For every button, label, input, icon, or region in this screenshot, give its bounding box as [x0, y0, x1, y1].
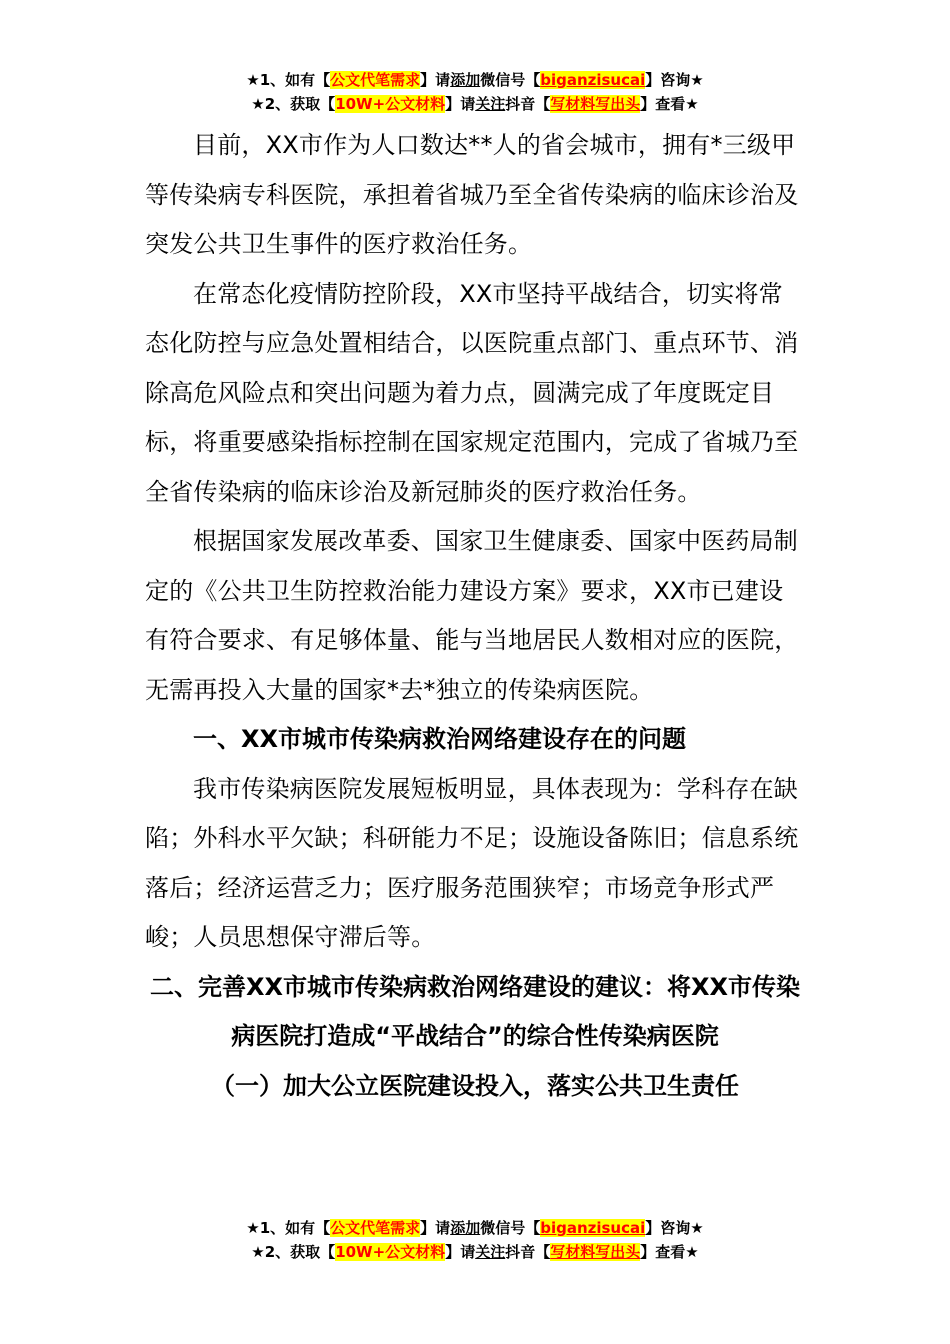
section-heading-2: 二、完善XX市城市传染病救治网络建设的建议：将XX市传染病医院打造成“平战结合”… — [145, 963, 805, 1062]
highlight-service: 公文代笔需求 — [330, 1219, 420, 1237]
document-body: 目前，XX市作为人口数达**人的省会城市，拥有*三级甲等传染病专科医院，承担着省… — [145, 121, 805, 1111]
banner-text: 】咨询★ — [645, 71, 703, 89]
banner-text: ★2、获取【 — [251, 95, 335, 113]
highlight-materials: 10W+公文材料 — [335, 95, 445, 113]
header-banner: ★1、如有【公文代笔需求】请添加微信号【biganzisucai】咨询★ ★2、… — [0, 68, 950, 116]
banner-text: 抖音【 — [505, 1243, 550, 1261]
banner-line-2: ★2、获取【10W+公文材料】请关注抖音【写材料写出头】查看★ — [0, 1240, 950, 1264]
highlight-wechat-id: biganzisucai — [540, 1219, 645, 1237]
banner-text: 】查看★ — [640, 95, 698, 113]
paragraph-1: 目前，XX市作为人口数达**人的省会城市，拥有*三级甲等传染病专科医院，承担着省… — [145, 121, 805, 270]
banner-line-2: ★2、获取【10W+公文材料】请关注抖音【写材料写出头】查看★ — [0, 92, 950, 116]
highlight-douyin-account: 写材料写出头 — [550, 95, 640, 113]
subsection-heading-1: （一）加大公立医院建设投入，落实公共卫生责任 — [145, 1062, 805, 1112]
banner-line-1: ★1、如有【公文代笔需求】请添加微信号【biganzisucai】咨询★ — [0, 68, 950, 92]
paragraph-4: 我市传染病医院发展短板明显，具体表现为：学科存在缺陷；外科水平欠缺；科研能力不足… — [145, 765, 805, 963]
banner-text: ★2、获取【 — [251, 1243, 335, 1261]
underlined-text: 添加 — [450, 71, 480, 89]
highlight-douyin-account: 写材料写出头 — [550, 1243, 640, 1261]
banner-text: 微信号【 — [480, 71, 540, 89]
banner-text: 】请 — [445, 1243, 475, 1261]
banner-text: 】查看★ — [640, 1243, 698, 1261]
paragraph-2: 在常态化疫情防控阶段，XX市坚持平战结合，切实将常态化防控与应急处置相结合，以医… — [145, 270, 805, 518]
highlight-service: 公文代笔需求 — [330, 71, 420, 89]
banner-text: ★1、如有【 — [246, 71, 330, 89]
highlight-wechat-id: biganzisucai — [540, 71, 645, 89]
underlined-text: 添加 — [450, 1219, 480, 1237]
banner-text: 】请 — [420, 1219, 450, 1237]
banner-text: 】咨询★ — [645, 1219, 703, 1237]
banner-text: ★1、如有【 — [246, 1219, 330, 1237]
highlight-materials: 10W+公文材料 — [335, 1243, 445, 1261]
paragraph-3: 根据国家发展改革委、国家卫生健康委、国家中医药局制定的《公共卫生防控救治能力建设… — [145, 517, 805, 715]
banner-text: 】请 — [445, 95, 475, 113]
section-heading-1: 一、XX市城市传染病救治网络建设存在的问题 — [145, 715, 805, 765]
footer-banner: ★1、如有【公文代笔需求】请添加微信号【biganzisucai】咨询★ ★2、… — [0, 1216, 950, 1264]
banner-text: 】请 — [420, 71, 450, 89]
underlined-text: 关注 — [475, 95, 505, 113]
underlined-text: 关注 — [475, 1243, 505, 1261]
banner-text: 抖音【 — [505, 95, 550, 113]
banner-text: 微信号【 — [480, 1219, 540, 1237]
banner-line-1: ★1、如有【公文代笔需求】请添加微信号【biganzisucai】咨询★ — [0, 1216, 950, 1240]
